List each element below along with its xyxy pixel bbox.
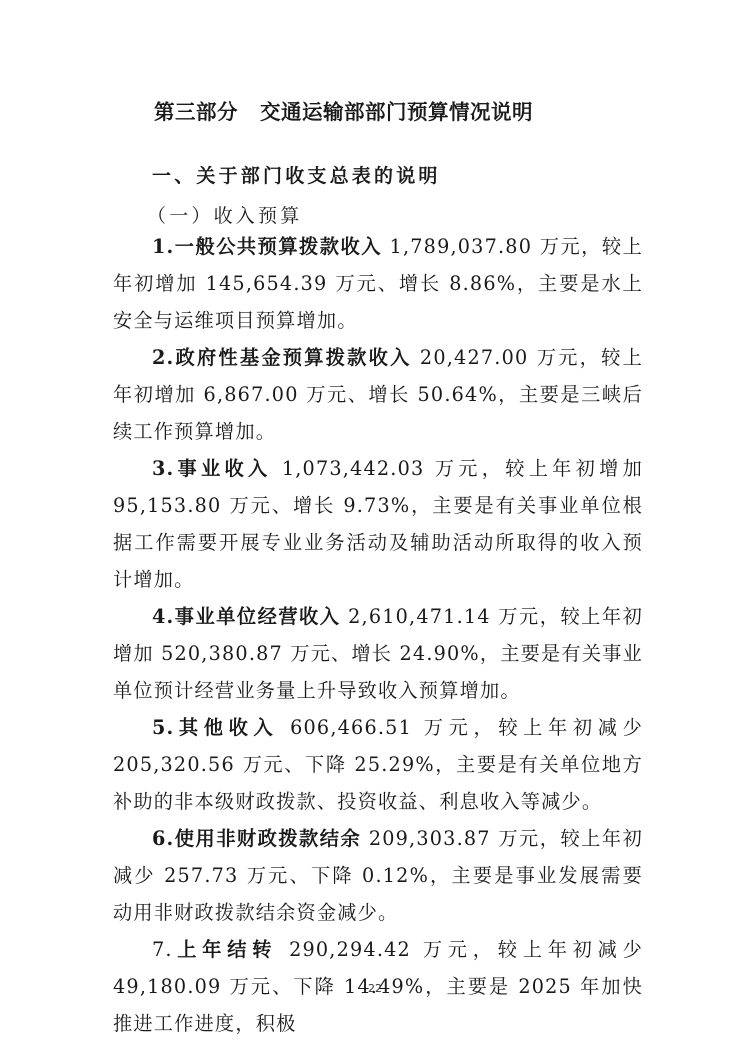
document-body: 1.一般公共预算拨款收入 1,789,037.80 万元，较上年初增加 145,…: [113, 228, 643, 1042]
item-label: 3.事业收入: [152, 457, 271, 480]
part-title-prefix: 第三部分: [154, 100, 238, 124]
section-heading: 一、关于部门收支总表的说明: [152, 161, 441, 188]
paragraph-item-1: 1.一般公共预算拨款收入 1,789,037.80 万元，较上年初增加 145,…: [113, 228, 643, 339]
item-label: 上年结转: [173, 938, 277, 961]
paragraph-item-4: 4.事业单位经营收入 2,610,471.14 万元，较上年初增加 520,38…: [113, 598, 643, 709]
item-label-prefix: 7.: [152, 938, 173, 961]
document-page: 第三部分交通运输部部门预算情况说明 一、关于部门收支总表的说明 （一）收入预算 …: [0, 0, 750, 1060]
page-number: 22: [0, 982, 750, 995]
item-label: 1.一般公共预算拨款收入: [152, 235, 382, 258]
part-title: 第三部分交通运输部部门预算情况说明: [154, 95, 533, 125]
paragraph-item-6: 6.使用非财政拨款结余 209,303.87 万元，较上年初减少 257.73 …: [113, 820, 643, 931]
item-label: 2.政府性基金预算拨款收入: [152, 346, 412, 369]
part-title-main: 交通运输部部门预算情况说明: [260, 100, 533, 124]
item-label: 5.其他收入: [152, 716, 278, 739]
item-label: 4.事业单位经营收入: [152, 605, 340, 628]
paragraph-item-3: 3.事业收入 1,073,442.03 万元，较上年初增加 95,153.80 …: [113, 450, 643, 598]
paragraph-item-2: 2.政府性基金预算拨款收入 20,427.00 万元，较上年初增加 6,867.…: [113, 339, 643, 450]
sub-heading: （一）收入预算: [147, 201, 302, 228]
paragraph-item-5: 5.其他收入 606,466.51 万元，较上年初减少 205,320.56 万…: [113, 709, 643, 820]
item-label: 6.使用非财政拨款结余: [152, 827, 361, 850]
